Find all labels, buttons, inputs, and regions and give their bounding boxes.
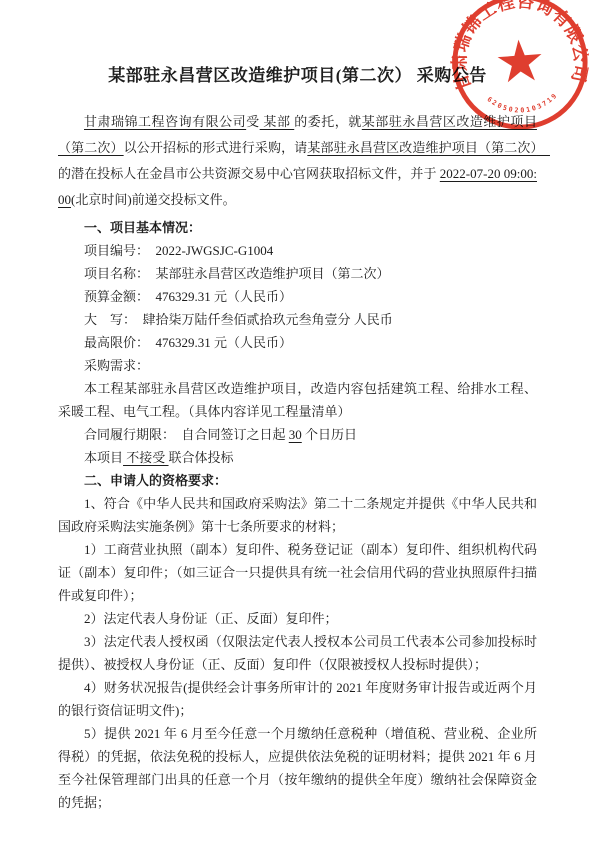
document-body: 甘肃瑞锦工程咨询有限公司受 某部 的委托，就某部驻永昌营区改造维护项目（第二次）… — [58, 109, 537, 814]
body-text: 3）法定代表人授权函（仅限法定代表人授权本公司员工代表本公司参加投标时提供）、被… — [58, 634, 537, 672]
paragraph-project-scope: 本工程某部驻永昌营区改造维护项目，改造内容包括建筑工程、给排水工程、采暖工程、电… — [58, 377, 537, 423]
label-procurement-requirements: 采购需求： — [58, 354, 537, 377]
field-budget-amount: 预算金额： 476329.31 元（人民币） — [58, 285, 537, 308]
document-page: 某部驻永昌营区改造维护项目(第二次） 采购公告 甘肃瑞锦工程咨询有限公司受 某部… — [0, 0, 595, 841]
body-text: 5）提供 2021 年 6 月至今任意一个月缴纳任意税种（增值税、营业税、企业所… — [58, 726, 537, 810]
requirement-1-3: 3）法定代表人授权函（仅限法定代表人授权本公司员工代表本公司参加投标时提供）、被… — [58, 630, 537, 676]
body-text: 联合体投标 — [169, 450, 234, 465]
field-project-number: 项目编号： 2022-JWGSJC-G1004 — [58, 239, 537, 262]
field-amount-in-words: 大 写： 肆拾柒万陆仟叁佰贰拾玖元叁角壹分 人民币 — [58, 308, 537, 331]
body-text: 2）法定代表人身份证（正、反面）复印件； — [84, 611, 338, 626]
body-text: 大 写： 肆拾柒万陆仟叁佰贰拾玖元叁角壹分 人民币 — [84, 312, 393, 327]
body-text: 项目编号： 2022-JWGSJC-G1004 — [84, 243, 273, 258]
body-text: 个日历日 — [302, 427, 357, 442]
body-text: 项目名称： 某部驻永昌营区改造维护项目（第二次） — [84, 266, 390, 281]
requirement-1-4: 4）财务状况报告(提供经会计事务所审计的 2021 年度财务审计报告或近两个月的… — [58, 676, 537, 722]
underlined-text: 某部 — [260, 114, 295, 129]
requirement-1-5: 5）提供 2021 年 6 月至今任意一个月缴纳任意税种（增值税、营业税、企业所… — [58, 722, 537, 814]
underlined-text: 不接受 — [123, 450, 169, 465]
body-text: (北京时间)前递交投标文件。 — [71, 192, 236, 207]
field-max-price: 最高限价： 476329.31 元（人民币） — [58, 331, 537, 354]
body-text: 的委托，就 — [294, 114, 362, 129]
section-2-heading: 二、申请人的资格要求： — [58, 469, 537, 492]
underlined-text: 甘肃瑞锦工程咨询有限公司 — [84, 114, 246, 129]
body-text: 本工程某部驻永昌营区改造维护项目，改造内容包括建筑工程、给排水工程、采暖工程、电… — [58, 381, 537, 419]
body-text: 采购需求： — [84, 358, 149, 373]
body-text: 受 — [246, 114, 260, 129]
field-consortium-bidding: 本项目 不接受 联合体投标 — [58, 446, 537, 469]
page-title: 某部驻永昌营区改造维护项目(第二次） 采购公告 — [58, 64, 537, 88]
underlined-text: 某部驻永昌营区改造维护项目（第二次） — [307, 140, 550, 155]
body-text: 4）财务状况报告(提供经会计事务所审计的 2021 年度财务审计报告或近两个月的… — [58, 680, 537, 718]
field-project-name: 项目名称： 某部驻永昌营区改造维护项目（第二次） — [58, 262, 537, 285]
body-text: 合同履行期限： 自合同签订之日起 — [84, 427, 289, 442]
body-text: 以公开招标的形式进行采购，请 — [124, 140, 308, 155]
field-contract-period: 合同履行期限： 自合同签订之日起 30 个日历日 — [58, 423, 537, 446]
requirement-1-1: 1）工商营业执照（副本）复印件、税务登记证（副本）复印件、组织机构代码证（副本）… — [58, 538, 537, 607]
body-text: 1）工商营业执照（副本）复印件、税务登记证（副本）复印件、组织机构代码证（副本）… — [58, 542, 537, 603]
body-text: 二、申请人的资格要求： — [84, 473, 227, 488]
body-text: 最高限价： 476329.31 元（人民币） — [84, 335, 292, 350]
underlined-text: 30 — [289, 427, 302, 442]
requirement-1-2: 2）法定代表人身份证（正、反面）复印件； — [58, 607, 537, 630]
body-text: 一、项目基本情况： — [84, 220, 201, 235]
body-text: 1、符合《中华人民共和国政府采购法》第二十二条规定并提供《中华人民共和国政府采购… — [58, 496, 537, 534]
document-content: 某部驻永昌营区改造维护项目(第二次） 采购公告 甘肃瑞锦工程咨询有限公司受 某部… — [58, 64, 537, 814]
requirement-1: 1、符合《中华人民共和国政府采购法》第二十二条规定并提供《中华人民共和国政府采购… — [58, 492, 537, 538]
intro-paragraph: 甘肃瑞锦工程咨询有限公司受 某部 的委托，就某部驻永昌营区改造维护项目（第二次）… — [58, 109, 537, 213]
section-1-heading: 一、项目基本情况： — [58, 216, 537, 239]
body-text: 预算金额： 476329.31 元（人民币） — [84, 289, 292, 304]
body-text: 的潜在投标人在金昌市公共资源交易中心官网获取招标文件，并于 — [58, 166, 440, 181]
body-text: 本项目 — [84, 450, 123, 465]
